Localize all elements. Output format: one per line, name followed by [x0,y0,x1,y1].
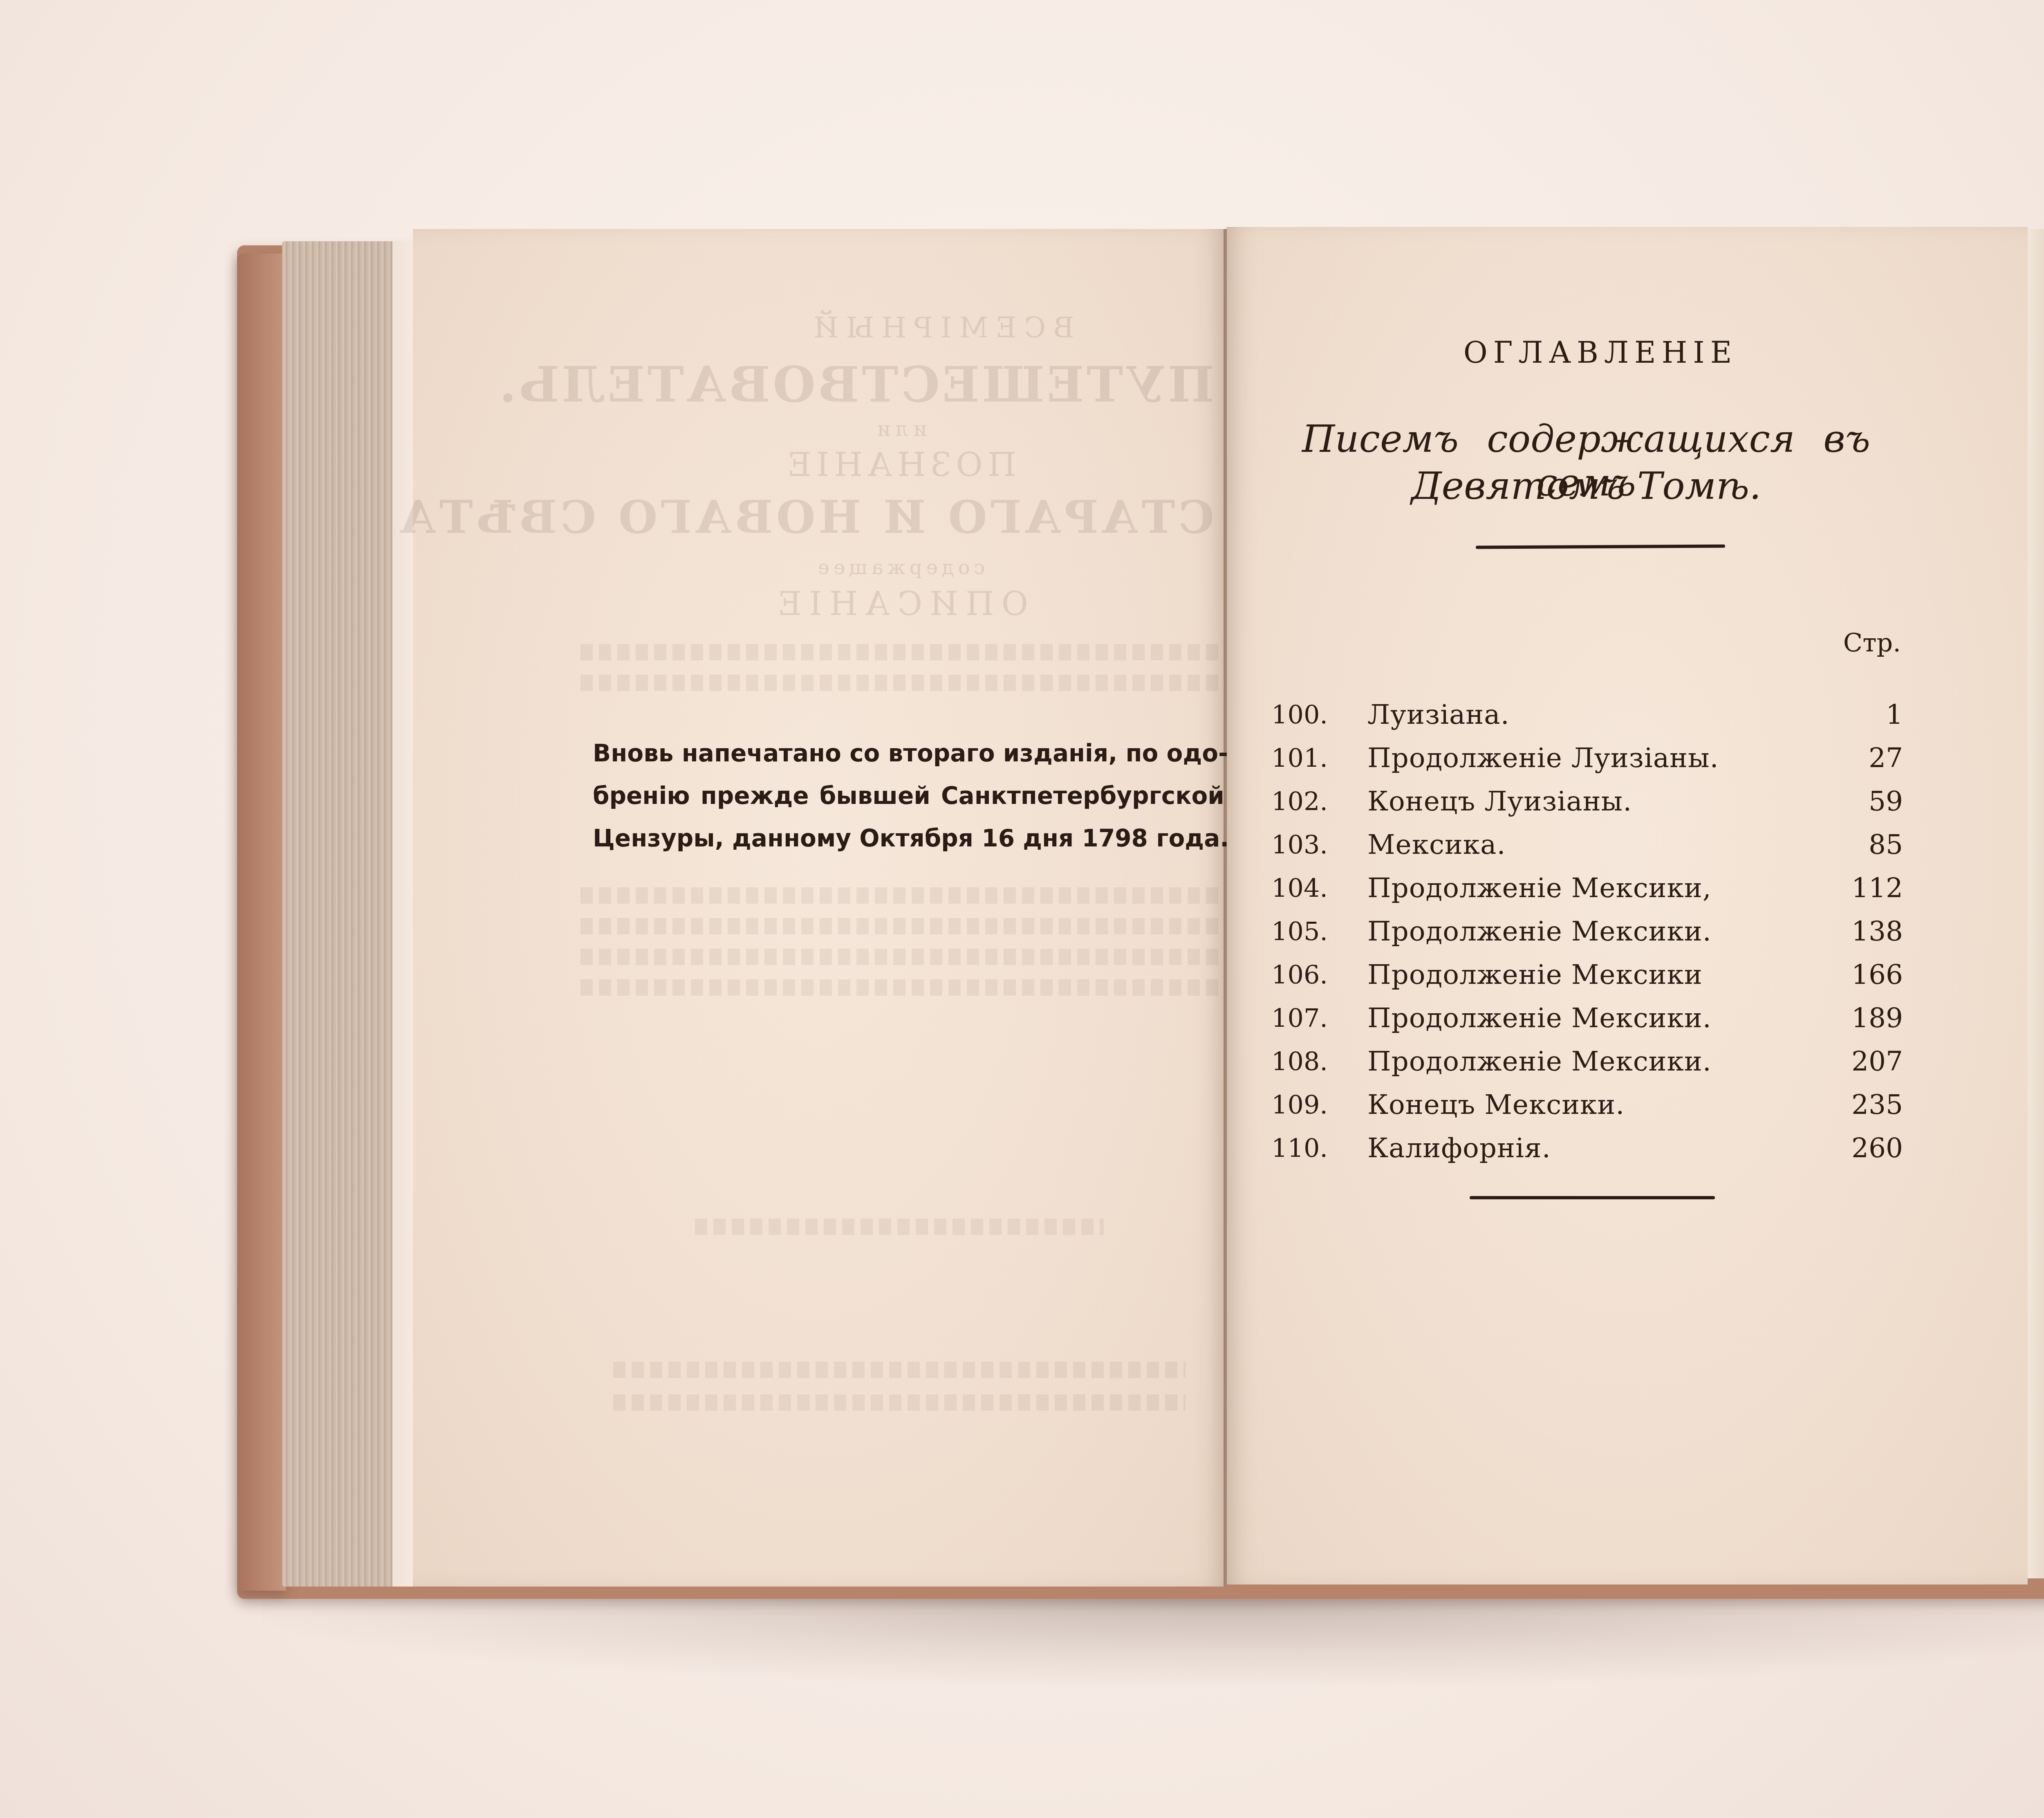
entry-number: 100. [1271,693,1365,736]
toc-entry: 104.Продолженіе Мексики,112 [1271,866,1903,910]
toc-entry: 110.Калифорнія.260 [1271,1127,1903,1170]
ghost-text-line: ОПИСАНІЕ [675,585,1124,623]
right-page-block-edges [2028,229,2044,1578]
toc-entry: 106.Продолженіе Мексики166 [1271,953,1903,997]
ghost-text-block [580,644,1218,660]
entry-page: 112 [1851,866,1903,910]
ghost-text-block [695,1219,1104,1235]
toc-entry: 105.Продолженіе Мексики.138 [1271,910,1903,953]
entry-page: 1 [1886,693,1903,736]
right-flyleaf-edge [2028,229,2044,1578]
ghost-text-line: содержащее [695,556,1104,579]
toc-entry: 107.Продолженіе Мексики.189 [1271,997,1903,1040]
entry-page: 260 [1851,1127,1903,1170]
entry-number: 103. [1271,823,1365,866]
entry-page: 85 [1869,823,1903,866]
ghost-text-block [580,887,1218,904]
toc-entry: 101.Продолженіе Луизіаны.27 [1271,736,1903,780]
entry-page: 166 [1851,953,1903,997]
page-column-header: Стр. [1815,628,1901,658]
left-page-block-edges [282,241,417,1587]
entry-page: 189 [1851,997,1903,1040]
entry-title: Луизіана. [1367,693,1510,736]
entry-number: 106. [1271,953,1365,997]
notice-line: бренію прежде бывшей Санктпетербургской [593,774,1224,817]
entry-title: Продолженіе Мексики. [1367,997,1712,1040]
entry-number: 107. [1271,997,1365,1040]
ghost-text-line: СТАРАГО И НОВАГО СВѢТА [580,491,1214,543]
ghost-text-block [613,1362,1186,1378]
entry-title: Продолженіе Мексики, [1367,866,1712,910]
notice-line: Цензуры, данному Октября 16 дня 1798 год… [593,817,1224,860]
toc-entry: 100.Луизіана.1 [1271,693,1903,736]
censorship-notice: Вновь напечатано со втораго изданія, по … [593,732,1224,860]
toc-entry: 102.Конецъ Луизіаны.59 [1271,780,1903,823]
entry-page: 138 [1851,910,1903,953]
entry-number: 104. [1271,866,1365,910]
notice-line: Вновь напечатано со втораго изданія, по … [593,732,1224,774]
toc-entry: 108.Продолженіе Мексики.207 [1271,1040,1903,1083]
ghost-text-block [580,675,1218,691]
ghost-text-block [613,1394,1186,1411]
entry-page: 207 [1851,1040,1903,1083]
ghost-text-block [580,979,1218,996]
ghost-text-line: ПУТЕШЕСТВОВАТЕЛЬ. [580,356,1214,413]
entry-page: 235 [1851,1083,1903,1127]
ghost-text-line: ВСЕМІРНЫЙ [695,311,1186,344]
ghost-text-line: ПОЗНАНІЕ [675,446,1124,484]
book-gutter [1224,229,1227,1587]
entry-number: 102. [1271,780,1365,823]
entry-title: Продолженіе Мексики [1367,953,1703,997]
entry-title: Продолженіе Луизіаны. [1367,736,1719,780]
entry-number: 101. [1271,736,1365,780]
toc-list: 100.Луизіана.1 101.Продолженіе Луизіаны.… [1271,693,1903,1170]
entry-number: 105. [1271,910,1365,953]
toc-entry: 109.Конецъ Мексики.235 [1271,1083,1903,1127]
entry-title: Продолженіе Мексики. [1367,910,1712,953]
divider-rule [1470,1196,1715,1199]
entry-title: Конецъ Луизіаны. [1367,780,1632,823]
entry-number: 108. [1271,1040,1365,1083]
ghost-text-line: или [695,417,1104,441]
entry-title: Конецъ Мексики. [1367,1083,1625,1127]
entry-number: 109. [1271,1083,1365,1127]
entry-title: Мексика. [1367,823,1506,866]
entry-page: 27 [1869,736,1903,780]
toc-entry: 103.Мексика.85 [1271,823,1903,866]
entry-number: 110. [1271,1127,1365,1170]
page-title: ОГЛАВЛЕНІЕ [1349,335,1852,370]
entry-page: 59 [1869,780,1903,823]
ghost-text-block [580,918,1218,934]
cover-left-edge [237,254,286,1591]
entry-title: Калифорнія. [1367,1127,1551,1170]
entry-title: Продолженіе Мексики. [1367,1040,1712,1083]
ghost-text-block [580,949,1218,965]
page-subtitle-line-2: Девятомъ Томѣ. [1259,464,1913,508]
